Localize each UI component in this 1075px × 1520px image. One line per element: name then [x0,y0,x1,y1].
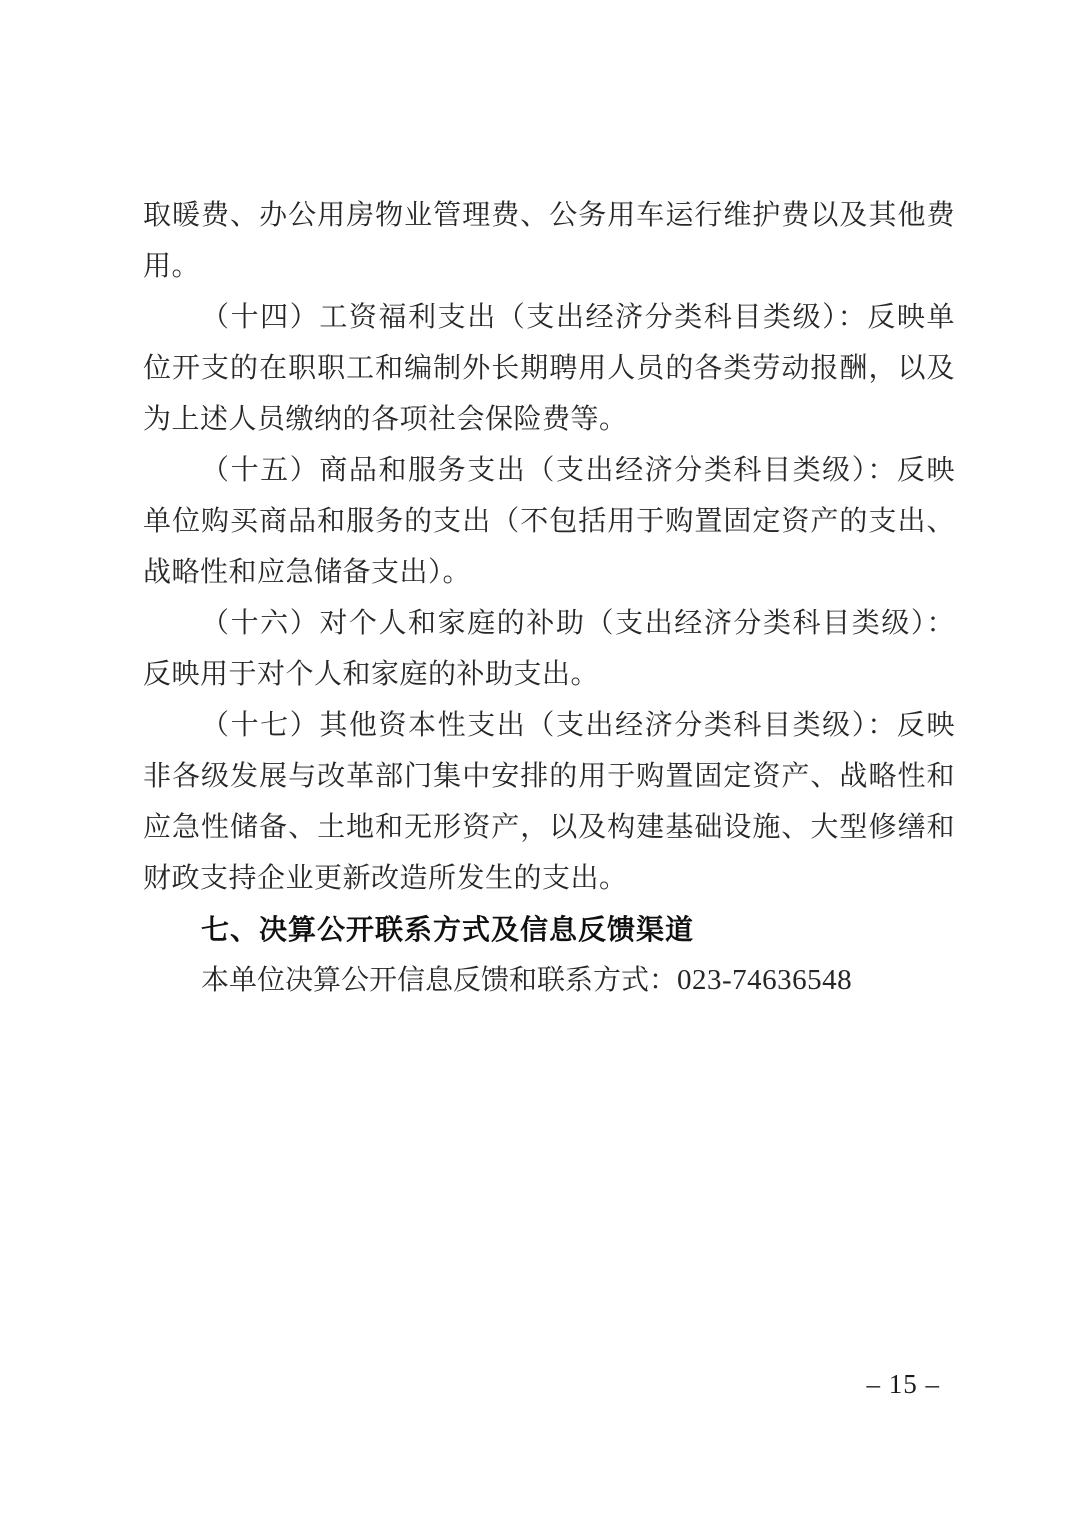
paragraphs-container: 取暖费、办公用房物业管理费、公务用车运行维护费以及其他费用。（十四）工资福利支出… [143,190,955,904]
text-line: （十六）对个人和家庭的补助（支出经济分类科目类级）： [143,598,955,649]
text-line: 取暖费、办公用房物业管理费、公务用车运行维护费以及其他费 [143,190,955,241]
text-line: （十五）商品和服务支出（支出经济分类科目类级）：反映 [143,445,955,496]
document-page: 取暖费、办公用房物业管理费、公务用车运行维护费以及其他费用。（十四）工资福利支出… [0,0,1075,1520]
paragraph: （十五）商品和服务支出（支出经济分类科目类级）：反映单位购买商品和服务的支出（不… [143,445,955,598]
text-line: 财政支持企业更新改造所发生的支出。 [143,853,955,904]
paragraph: （十七）其他资本性支出（支出经济分类科目类级）：反映非各级发展与改革部门集中安排… [143,700,955,904]
paragraph: （十四）工资福利支出（支出经济分类科目类级）：反映单位开支的在职职工和编制外长期… [143,292,955,445]
text-line: 单位购买商品和服务的支出（不包括用于购置固定资产的支出、 [143,496,955,547]
document-body: 取暖费、办公用房物业管理费、公务用车运行维护费以及其他费用。（十四）工资福利支出… [143,190,955,1006]
text-line: 战略性和应急储备支出）。 [143,547,955,598]
contact-line: 本单位决算公开信息反馈和联系方式：023-74636548 [143,955,955,1006]
paragraph: （十六）对个人和家庭的补助（支出经济分类科目类级）：反映用于对个人和家庭的补助支… [143,598,955,700]
text-line: 用。 [143,241,955,292]
text-line: 位开支的在职职工和编制外长期聘用人员的各类劳动报酬，以及 [143,343,955,394]
text-line: （十七）其他资本性支出（支出经济分类科目类级）：反映 [143,700,955,751]
text-line: 应急性储备、土地和无形资产，以及构建基础设施、大型修缮和 [143,802,955,853]
contact-label: 本单位决算公开信息反馈和联系方式： [201,965,677,996]
text-line: （十四）工资福利支出（支出经济分类科目类级）：反映单 [143,292,955,343]
contact-phone-number: 023-74636548 [677,964,852,996]
text-line: 为上述人员缴纳的各项社会保险费等。 [143,394,955,445]
paragraph: 取暖费、办公用房物业管理费、公务用车运行维护费以及其他费用。 [143,190,955,292]
text-line: 非各级发展与改革部门集中安排的用于购置固定资产、战略性和 [143,751,955,802]
text-line: 反映用于对个人和家庭的补助支出。 [143,649,955,700]
page-number: – 15 – [867,1369,941,1399]
section-heading: 七、决算公开联系方式及信息反馈渠道 [143,904,955,955]
